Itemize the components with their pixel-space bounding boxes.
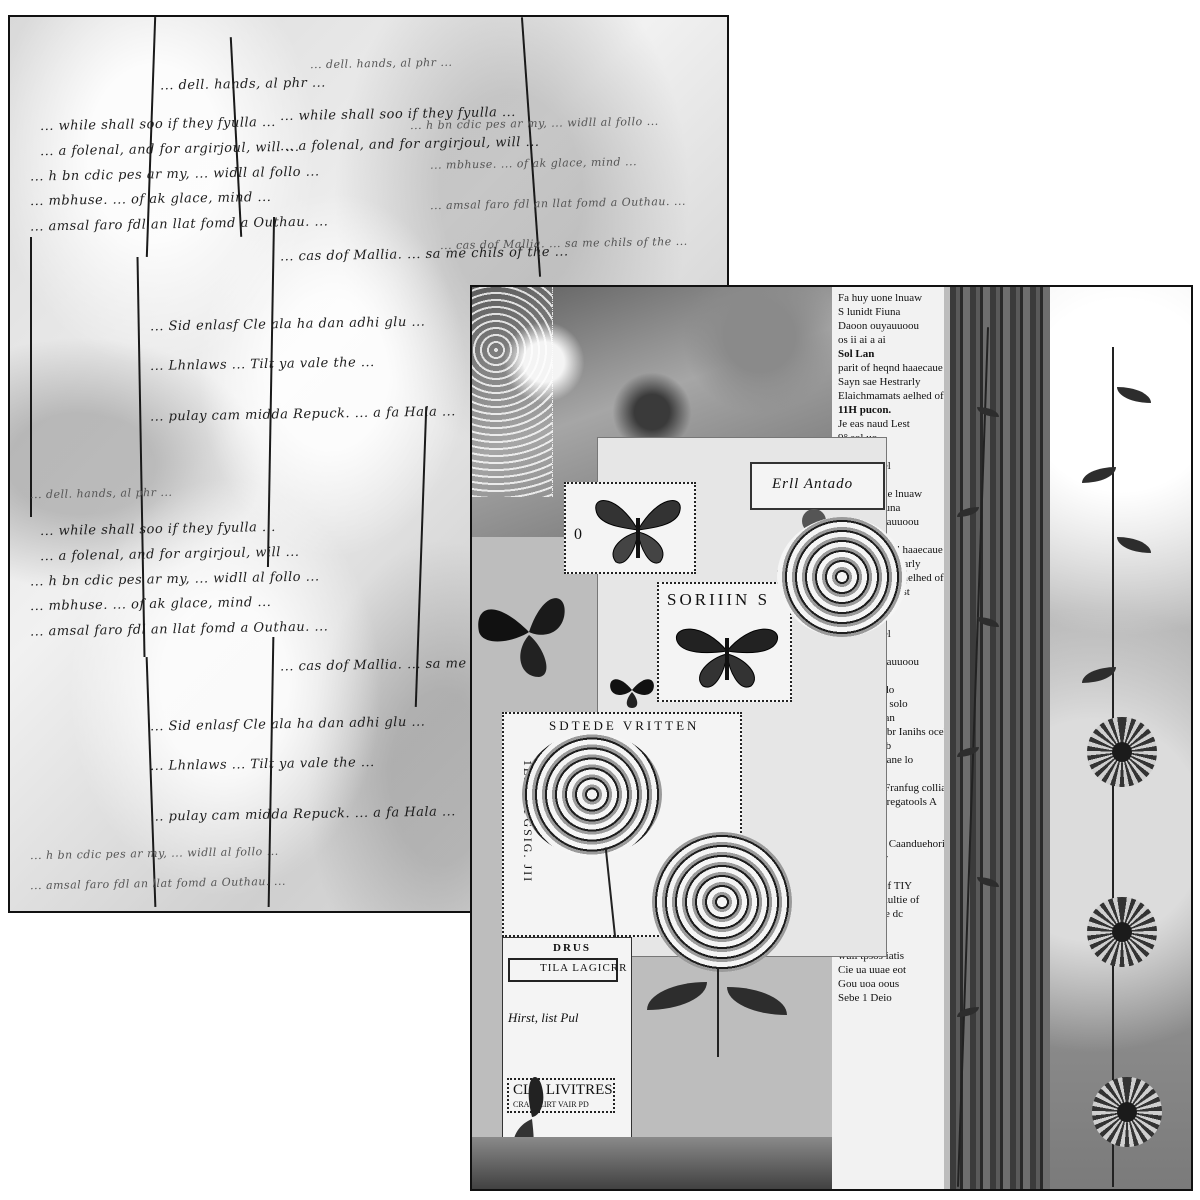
paper-crack (267, 217, 275, 567)
handwriting-line: ... mbhuse. ... of ak glace, mind ... (30, 595, 272, 614)
paper-crack (230, 37, 242, 237)
handwriting-line: ... Lhnlaws ... Tilt ya vale the ... (150, 355, 375, 374)
handwriting-line: ... cas dof Mallia. ... sa me chils of t… (440, 235, 688, 252)
handwriting-line: ... mbhuse. ... of ak glace, mind ... (30, 190, 272, 209)
handwriting-line: ... dell. hands, al phr ... (310, 56, 453, 71)
handwriting-line: ... pulay cam midda Repuck. ... a fa Hal… (150, 804, 456, 824)
stamp-glyph: 0 (574, 526, 584, 544)
daisy-flower (1092, 1077, 1162, 1147)
daisy-flower (1087, 717, 1157, 787)
handwriting-line: ... amsal faro fdl an llat fomd a Outhau… (430, 195, 686, 212)
butterfly-icon (588, 490, 688, 570)
ticket-script: Erll Antado (772, 476, 853, 493)
peony-flower (652, 832, 792, 972)
wood-stripe-panel (950, 287, 1050, 1191)
handwriting-line: ... h bn cdic pes ar my, ... widll al fo… (30, 845, 279, 862)
handwriting-line: ... Sid enlasf Cle ala ha dan adhi glu .… (150, 715, 426, 735)
handwriting-line: ... amsal faro fdl an llat fomd a Outhau… (30, 214, 329, 234)
handwriting-line: ... mbhuse. ... of ak glace, mind ... (430, 155, 637, 172)
peony-flower (522, 732, 662, 857)
handwriting-line: ... while shall soo if they fyulla ... (40, 520, 276, 539)
handwriting-line: ... pulay cam midda Repuck. ... a fa Hal… (150, 404, 456, 424)
paper-crack (30, 237, 32, 517)
ticket-label: Erll Antado (750, 462, 885, 510)
sorium-card-title: SORIIIN S (667, 590, 770, 610)
sorium-card: SORIIIN S (657, 582, 792, 702)
handwriting-line: ... a folenal, and for argirjoul, will .… (280, 135, 540, 155)
handwriting-line: ... Lhnlaws ... Tilt ya vale the ... (150, 755, 375, 774)
handwriting-line: ... a folenal, and for argirjoul, will .… (40, 545, 300, 565)
paper-crack (268, 637, 275, 907)
peony-flower (777, 517, 907, 637)
handwriting-line: ... a folenal, and for argirjoul, will .… (40, 140, 300, 160)
daisy-flower (1087, 897, 1157, 967)
written-card-title: SDTEDE VRITTEN (549, 718, 699, 734)
right-paper-sheet: Fa huy uone lnuaw S lunidt Fiuna Daoon o… (470, 285, 1193, 1191)
leaf-icon (647, 982, 707, 1010)
label-card-script: Hirst, list Pul (508, 1010, 578, 1026)
label-card-banner: TILA LAGICRR (508, 958, 618, 982)
bottom-grunge-strip (472, 1137, 832, 1191)
leaf-icon (727, 987, 787, 1015)
paper-crack (146, 657, 157, 907)
label-card-heading: DRUS (553, 942, 591, 954)
butterfly-icon (474, 577, 584, 687)
handwriting-line: ... h bn cdic pes ar my, ... widll al fo… (30, 164, 320, 184)
handwriting-line: ... amsal faro fdl an llat fomd a Outhau… (30, 619, 329, 639)
handwriting-line: ... h bn cdic pes ar my, ... widll al fo… (30, 569, 320, 589)
lace-doily (472, 287, 553, 497)
handwriting-line: ... dell. hands, al phr ... (30, 486, 173, 501)
flower-stem (717, 967, 719, 1057)
butterfly-stamp: 0 (564, 482, 696, 574)
butterfly-icon (667, 616, 787, 696)
handwriting-line: ... dell. hands, al phr ... (160, 76, 326, 94)
handwriting-line: ... Sid enlasf Cle ala ha dan adhi glu .… (150, 315, 426, 335)
handwriting-line: ... amsal faro fdl an llat fomd a Outhau… (30, 875, 286, 892)
butterfly-icon (607, 670, 657, 710)
handwriting-line: ... while shall soo if they fyulla ... (40, 115, 276, 134)
